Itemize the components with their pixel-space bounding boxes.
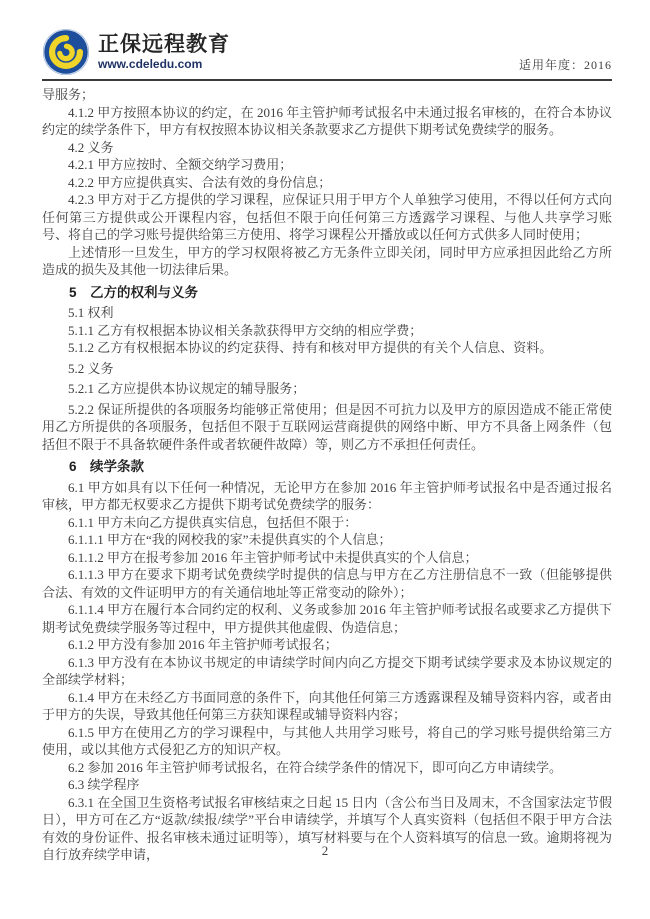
paragraph: 6.1.5 甲方在使用乙方的学习课程中，与其他人共用学习账号，将自己的学习账号提… [42,724,612,759]
paragraph: 上述情形一旦发生，甲方的学习权限将被乙方无条件立即关闭，同时甲方应承担因此给乙方… [42,244,612,279]
page-number: 2 [322,843,329,858]
paragraph: 6.1.1.4 甲方在履行本合同约定的权利、义务或参加 2016 年主管护师考试… [42,601,612,636]
document-footer: 2 [0,843,650,859]
section-heading: 5 乙方的权利与义务 [42,284,612,302]
paragraph: 导服务； [42,86,612,104]
paragraph: 4.2 义务 [42,139,612,157]
brand: 正保远程教育 www.cdeledu.com [42,28,230,76]
brand-name: 正保远程教育 [98,33,230,57]
brand-text: 正保远程教育 www.cdeledu.com [98,33,230,72]
paragraph: 6.1.2 甲方没有参加 2016 年主管护师考试报名； [42,636,612,654]
document-body: 导服务；4.1.2 甲方按照本协议的约定，在 2016 年主管护师考试报名中未通… [42,86,612,864]
paragraph: 5.1.2 乙方有权根据本协议的约定获得、持有和核对甲方提供的有关个人信息、资料… [42,339,612,357]
paragraph: 5.2.2 保证所提供的各项服务均能够正常使用；但是因不可抗力以及甲方的原因造成… [42,401,612,454]
paragraph: 6.1.3 甲方没有在本协议书规定的申请续学时间内向乙方提交下期考试续学要求及本… [42,654,612,689]
document-page: 正保远程教育 www.cdeledu.com 适用年度：2016 导服务；4.1… [0,0,650,919]
section-heading: 6 续学条款 [42,458,612,476]
brand-logo-swirl-icon [42,28,90,76]
applicable-year-label: 适用年度：2016 [519,56,612,76]
paragraph: 5.1.1 乙方有权根据本协议相关条款获得甲方交纳的相应学费； [42,322,612,340]
paragraph: 6.1.1.1 甲方在“我的网校我的家”未提供真实的个人信息； [42,531,612,549]
brand-website: www.cdeledu.com [98,57,230,72]
paragraph: 4.2.2 甲方应提供真实、合法有效的身份信息； [42,174,612,192]
paragraph: 6.1.1 甲方未向乙方提供真实信息，包括但不限于： [42,514,612,532]
paragraph: 4.2.1 甲方应按时、全额交纳学习费用； [42,156,612,174]
paragraph: 5.2.1 乙方应提供本协议规定的辅导服务； [42,380,612,398]
document-header: 正保远程教育 www.cdeledu.com 适用年度：2016 [42,28,612,76]
paragraph: 6.3 续学程序 [42,776,612,794]
paragraph: 6.2 参加 2016 年主管护师考试报名，在符合续学条件的情况下，即可向乙方申… [42,759,612,777]
header-divider [42,79,612,81]
paragraph: 4.2.3 甲方对于乙方提供的学习课程，应保证只用于甲方个人单独学习使用，不得以… [42,191,612,244]
paragraph: 4.1.2 甲方按照本协议的约定，在 2016 年主管护师考试报名中未通过报名审… [42,104,612,139]
paragraph: 6.1.4 甲方在未经乙方书面同意的条件下，向其他任何第三方透露课程及辅导资料内… [42,689,612,724]
paragraph: 5.2 义务 [42,360,612,378]
paragraph: 6.1 甲方如具有以下任何一种情况，无论甲方在参加 2016 年主管护师考试报名… [42,479,612,514]
paragraph: 5.1 权利 [42,304,612,322]
paragraph: 6.1.1.2 甲方在报考参加 2016 年主管护师考试中未提供真实的个人信息； [42,549,612,567]
paragraph: 6.1.1.3 甲方在要求下期考试免费续学时提供的信息与甲方在乙方注册信息不一致… [42,566,612,601]
